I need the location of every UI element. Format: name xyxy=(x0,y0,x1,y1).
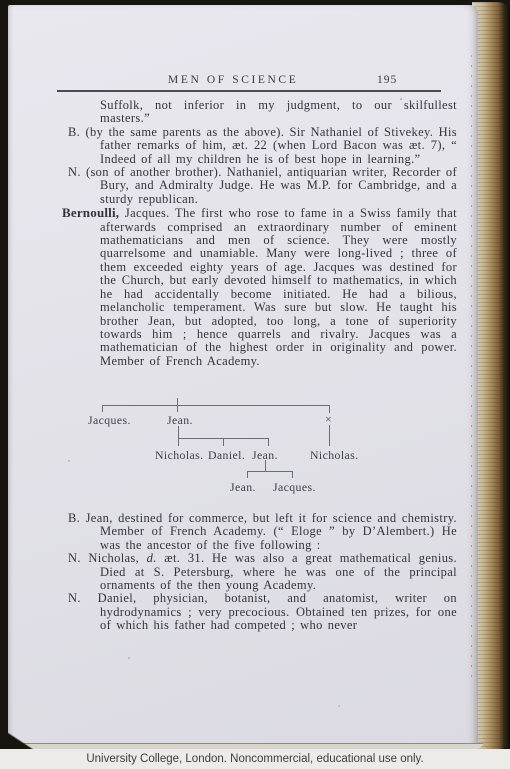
tree-line xyxy=(223,438,224,446)
entry-label: N. xyxy=(68,591,81,605)
paragraph-entry: B. Jean, destined for commerce, but left… xyxy=(68,512,457,552)
book-photo: MEN OF SCIENCE 195 Suffolk, not inferior… xyxy=(0,0,510,769)
tree-line xyxy=(177,398,178,412)
tree-line xyxy=(102,405,330,406)
tree-line xyxy=(178,438,179,446)
tree-line xyxy=(102,405,103,412)
tree-node-jacques-gen3: Jacques. xyxy=(273,480,316,495)
tree-line xyxy=(329,425,330,446)
text-block-bottom: B. Jean, destined for commerce, but left… xyxy=(68,512,457,633)
tree-node-jean-gen1: Jean. xyxy=(167,413,193,428)
caption: University College, London. Noncommercia… xyxy=(0,749,510,769)
book-page: MEN OF SCIENCE 195 Suffolk, not inferior… xyxy=(8,5,478,749)
shadow-wedge xyxy=(0,719,46,749)
tree-node-nicholas-gen2: Nicholas. xyxy=(155,448,203,463)
tree-line xyxy=(247,471,293,472)
paragraph-entry: N. Daniel, physician, botanist, and anat… xyxy=(68,592,457,632)
tree-node-jean-gen3: Jean. xyxy=(230,480,256,495)
tree-line xyxy=(265,460,266,471)
page-bottom-edge xyxy=(4,740,484,749)
tree-node-daniel-gen2: Daniel. xyxy=(208,448,245,463)
pedigree-chart: Jacques. Jean. × Nicholas. Daniel. Jean.… xyxy=(8,5,478,749)
tree-node-nicholas2-gen2: Nicholas. xyxy=(310,448,358,463)
tree-line xyxy=(268,438,269,446)
tree-node-jacques-gen1: Jacques. xyxy=(88,413,131,428)
tree-line xyxy=(178,426,179,438)
tree-line xyxy=(247,471,248,478)
tree-line xyxy=(292,471,293,478)
entry-label: B. xyxy=(68,511,80,525)
entry-label: N. xyxy=(68,551,81,565)
italic-text: d. xyxy=(147,551,157,565)
paragraph-entry: N. Nicholas, d. æt. 31. He was also a gr… xyxy=(68,552,457,592)
